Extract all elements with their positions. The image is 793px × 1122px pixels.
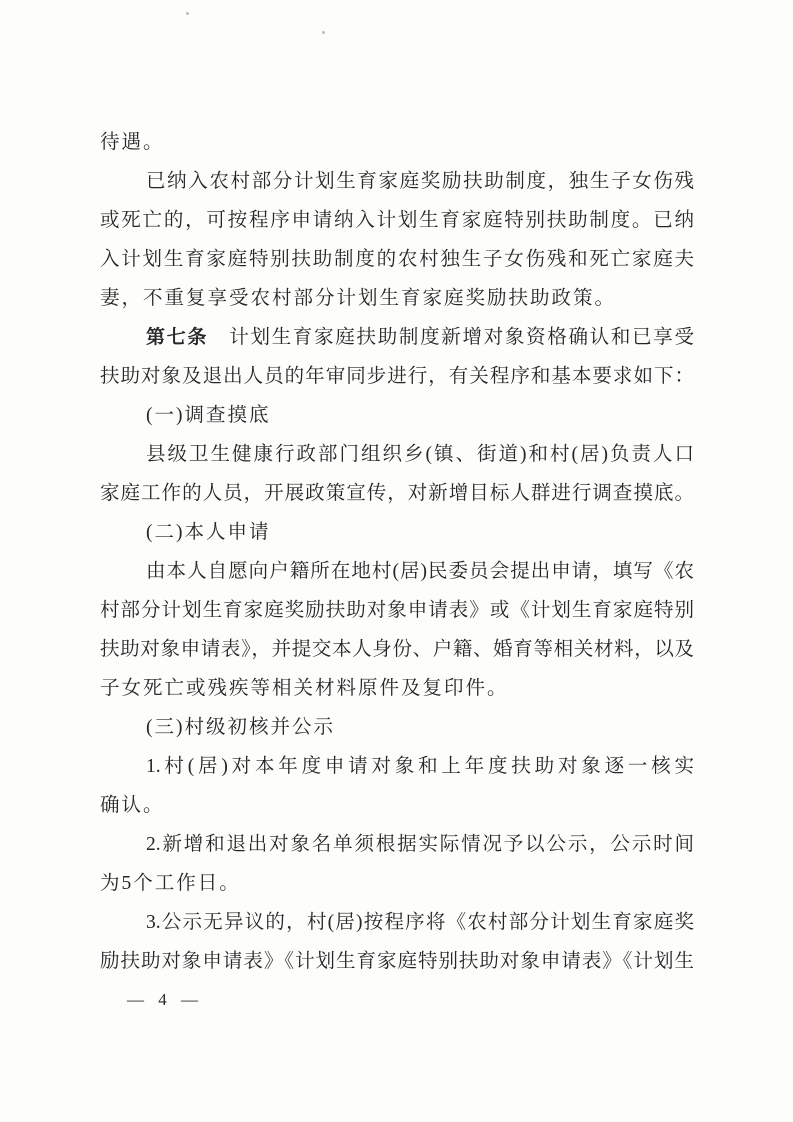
page-number: — 4 — <box>127 990 203 1010</box>
text-line-article-7-2: 扶助对象及退出人员的年审同步进行，有关程序和基本要求如下： <box>100 357 694 396</box>
text-line-article-7-1: 第七条 计划生育家庭扶助制度新增对象资格确认和已享受 <box>100 318 694 357</box>
text-line-step-3-item-1-1: 1.村(居)对本年度申请对象和上年度扶助对象逐一核实 <box>100 747 694 786</box>
text-line-step-2-body-3: 扶助对象申请表》，并提交本人身份、户籍、婚育等相关材料，以及 <box>100 630 694 669</box>
text-line-step-3-heading-1: (三)村级初核并公示 <box>100 708 694 747</box>
text-line-step-3-item-3-2: 励扶助对象申请表》《计划生育家庭特别扶助对象申请表》《计划生 <box>100 942 694 981</box>
text-line-reward-inclusion-4: 妻，不重复享受农村部分计划生育家庭奖励扶助政策。 <box>100 279 694 318</box>
text-line-step-3-item-3-1: 3.公示无异议的，村(居)按程序将《农村部分计划生育家庭奖 <box>100 903 694 942</box>
text-line-reward-inclusion-2: 或死亡的，可按程序申请纳入计划生育家庭特别扶助制度。已纳 <box>100 201 694 240</box>
text-line-step-1-body-2: 家庭工作的人员，开展政策宣传，对新增目标人群进行调查摸底。 <box>100 474 694 513</box>
article-number-bold: 第七条 <box>146 326 208 348</box>
scan-speck <box>186 12 189 15</box>
text-line-step-3-item-2-2: 为5个工作日。 <box>100 864 694 903</box>
text-line-step-1-heading-1: (一)调查摸底 <box>100 396 694 435</box>
text-line-carryover-1: 待遇。 <box>100 123 694 162</box>
document-body: 待遇。已纳入农村部分计划生育家庭奖励扶助制度，独生子女伤残或死亡的，可按程序申请… <box>100 123 694 981</box>
text-line-step-2-body-1: 由本人自愿向户籍所在地村(居)民委员会提出申请，填写《农 <box>100 552 694 591</box>
text-line-step-2-body-2: 村部分计划生育家庭奖励扶助对象申请表》或《计划生育家庭特别 <box>100 591 694 630</box>
document-page: 待遇。已纳入农村部分计划生育家庭奖励扶助制度，独生子女伤残或死亡的，可按程序申请… <box>0 0 793 1122</box>
text-line-step-1-body-1: 县级卫生健康行政部门组织乡(镇、街道)和村(居)负责人口 <box>100 435 694 474</box>
text-line-step-3-item-2-1: 2.新增和退出对象名单须根据实际情况予以公示，公示时间 <box>100 825 694 864</box>
text-line-step-2-heading-1: (二)本人申请 <box>100 513 694 552</box>
scan-speck <box>322 31 325 34</box>
text-line-step-3-item-1-2: 确认。 <box>100 786 694 825</box>
text-line-reward-inclusion-1: 已纳入农村部分计划生育家庭奖励扶助制度，独生子女伤残 <box>100 162 694 201</box>
text-line-step-2-body-4: 子女死亡或残疾等相关材料原件及复印件。 <box>100 669 694 708</box>
text-line-reward-inclusion-3: 入计划生育家庭特别扶助制度的农村独生子女伤残和死亡家庭夫 <box>100 240 694 279</box>
